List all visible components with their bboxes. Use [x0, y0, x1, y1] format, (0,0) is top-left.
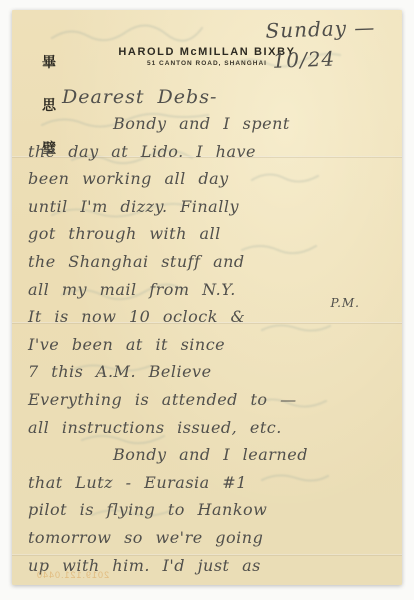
- handwritten-line: tomorrow so we're going: [28, 524, 390, 552]
- handwritten-line: got through with all: [28, 220, 390, 248]
- handwritten-line: 7 this A.M. Believe: [28, 358, 390, 386]
- handwritten-line: been working all day: [28, 165, 390, 193]
- handwritten-line: It is now 10 oclock &P.M.: [28, 303, 390, 331]
- letter-paper: 畢 思 璧 HAROLD McMILLAN BIXBY 51 CANTON RO…: [12, 10, 402, 585]
- date-numeric: 10/24: [272, 42, 377, 76]
- pm-annotation: P.M.: [330, 290, 360, 318]
- letter-greeting: Dearest Debs-: [62, 86, 217, 108]
- handwritten-line: that Lutz - Eurasia #1: [28, 469, 390, 497]
- handwritten-line: Bondy and I spent: [28, 110, 390, 138]
- handwritten-line: until I'm dizzy. Finally: [28, 193, 390, 221]
- letter-body: Bondy and I spentthe day at Lido. I have…: [28, 110, 390, 579]
- accession-number: 2019.121.0440: [36, 570, 109, 580]
- handwritten-line: I've been at it since: [28, 331, 390, 359]
- scan-background: 畢 思 璧 HAROLD McMILLAN BIXBY 51 CANTON RO…: [0, 0, 414, 600]
- date-day: Sunday —: [265, 12, 376, 46]
- handwritten-line: Everything is attended to —: [28, 386, 390, 414]
- handwritten-line: the day at Lido. I have: [28, 138, 390, 166]
- handwritten-line: the Shanghai stuff and: [28, 248, 390, 276]
- handwritten-line: pilot is flying to Hankow: [28, 496, 390, 524]
- handwritten-line: all instructions issued, etc.: [28, 414, 390, 442]
- handwritten-line: Bondy and I learned: [28, 441, 390, 469]
- handwritten-date: Sunday — 10/24: [265, 12, 377, 76]
